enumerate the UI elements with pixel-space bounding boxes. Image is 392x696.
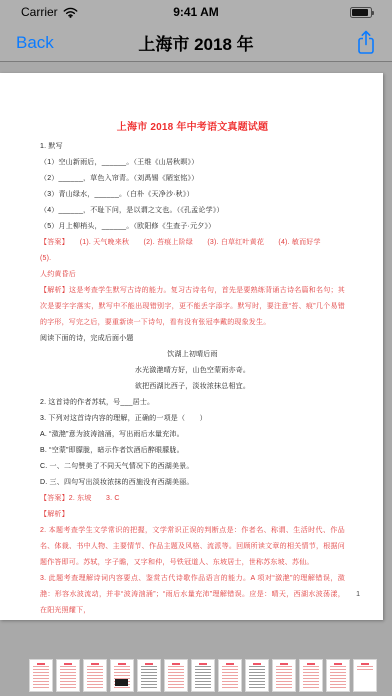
reading-prompt: 阅读下面的诗，完成后面小题 (40, 331, 345, 347)
page-thumbnail-12[interactable] (326, 659, 350, 692)
doc-title: 上海市 2018 年中考语文真题试题 (40, 119, 345, 137)
question-1: 1. 默写 (40, 139, 345, 155)
answer-2-3: 【答案】2. 东坡 3. C (40, 491, 345, 507)
question-1-item2: （2）______，草色入帘青。（刘禹锡《陋室铭》） (40, 171, 345, 187)
answer-1-line1: 【答案】 (1). 天气晚来秋 (2). 苔痕上阶绿 (3). 白草红叶黄花 (… (40, 235, 345, 267)
page-thumbnail-13[interactable] (353, 659, 377, 692)
page-thumbnail-6[interactable] (164, 659, 188, 692)
thumbnail-strip (0, 659, 392, 692)
page-thumbnail-10[interactable] (272, 659, 296, 692)
option-c: C. 一、二句赞美了不同天气情况下的西湖美景。 (40, 459, 345, 475)
analysis-1: 【解析】这是考查学生默写古诗的能力。复习古诗名句，首先是要熟练背诵古诗名篇和名句… (40, 283, 345, 331)
question-1-item4: （4）______，不耻下问，是以谓之文也。（《孔孟论学》） (40, 203, 345, 219)
page-thumbnail-9[interactable] (245, 659, 269, 692)
option-a: A. “潋滟”意为波涛汹涌，写出雨后水量充沛。 (40, 427, 345, 443)
poem-title: 饮湖上初晴后雨 (40, 347, 345, 363)
analysis-header: 【解析】 (40, 507, 345, 523)
option-d: D. 三、四句写出淡妆浓抹的西施没有西湖美丽。 (40, 475, 345, 491)
nav-bar: 上海市 2018 年 Back (0, 24, 392, 62)
poem-line1: 水光潋滟晴方好，山色空蒙雨亦奇。 (40, 363, 345, 379)
screen: 9:41 AM Carrier 上海市 2018 年 Back (0, 0, 392, 696)
thumbnail-image (115, 679, 128, 686)
question-3: 3. 下列对这首诗内容的理解，正确的一项是（ ） (40, 411, 345, 427)
share-icon (356, 43, 376, 58)
question-1-item5: （5）月上柳梢头，______。（欧阳修《生查子·元夕》） (40, 219, 345, 235)
page-thumbnail-3[interactable] (83, 659, 107, 692)
page-number: 1 (356, 591, 360, 598)
page-thumbnail-5[interactable] (137, 659, 161, 692)
answer-1-line2: 人约黄昏后 (40, 267, 345, 283)
page-thumbnail-7[interactable] (191, 659, 215, 692)
pdf-view: 上海市 2018 年中考语文真题试题 1. 默写 （1）空山新雨后，______… (0, 62, 392, 696)
page-thumbnail-8[interactable] (218, 659, 242, 692)
wifi-icon (63, 7, 78, 18)
share-button[interactable] (356, 30, 376, 55)
battery-icon (350, 7, 372, 18)
analysis-2: 2. 本题考查学生文学常识的把握，文学常识正误的判断点是：作者名、称谓、生活时代… (40, 523, 345, 571)
question-2: 2. 这首诗的作者苏轼，号___居士。 (40, 395, 345, 411)
back-button[interactable]: Back (16, 33, 62, 53)
question-1-item3: （3）青山绿水，______。（白朴《天净沙·秋》） (40, 187, 345, 203)
document-page[interactable]: 上海市 2018 年中考语文真题试题 1. 默写 （1）空山新雨后，______… (0, 73, 383, 620)
poem-line2: 欲把西湖比西子，淡妆浓抹总相宜。 (40, 379, 345, 395)
page-thumbnail-11[interactable] (299, 659, 323, 692)
status-bar: 9:41 AM Carrier (0, 0, 392, 24)
option-b: B. “空蒙”即朦胧，暗示作者饮酒后醉眼朦胧。 (40, 443, 345, 459)
analysis-3: 3. 此题考查理解诗词内容要点、鉴赏古代诗歌作品语言的能力。A 项对“潋滟”的理… (40, 571, 345, 619)
page-thumbnail-4[interactable] (110, 659, 134, 692)
page-thumbnail-1[interactable] (29, 659, 53, 692)
page-thumbnail-2[interactable] (56, 659, 80, 692)
carrier-label: Carrier (21, 5, 58, 19)
question-1-item1: （1）空山新雨后，______。（王维《山居秋暝》） (40, 155, 345, 171)
